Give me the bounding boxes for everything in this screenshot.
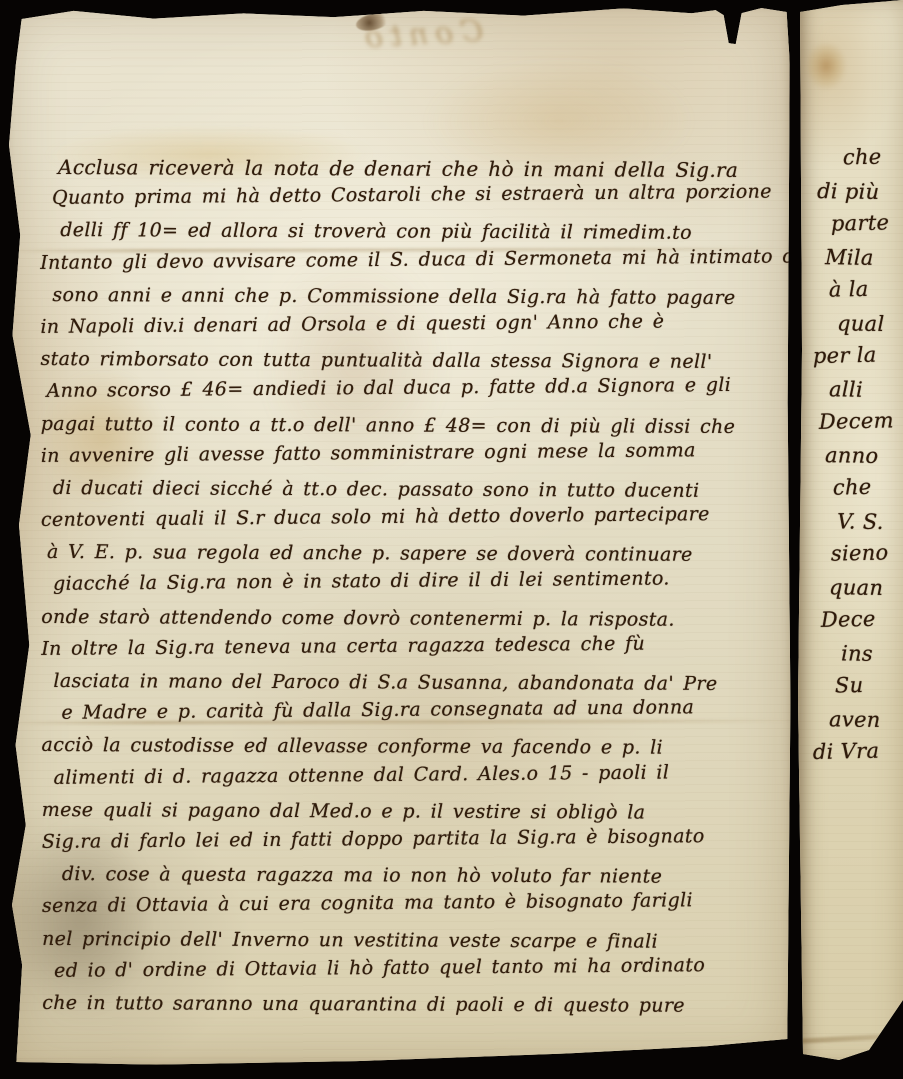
manuscript-line: di Vra	[813, 737, 903, 773]
manuscript-line: aven	[813, 707, 903, 742]
manuscript-line: giacché la Sig.ra non è in stato di dire…	[41, 567, 785, 606]
manuscript-line: Decem	[813, 407, 903, 443]
manuscript-line: Su	[813, 671, 903, 707]
manuscript-line: sieno	[813, 539, 903, 575]
manuscript-scan: Conto Acclusa riceverà la nota de denari…	[0, 0, 903, 1079]
letter-body-text-fragment: che di più parte Mila à la qual per la a…	[813, 146, 903, 773]
manuscript-page-right: che di più parte Mila à la qual per la a…	[797, 0, 903, 1066]
paper-fold	[797, 1033, 903, 1044]
manuscript-line: quan	[813, 575, 903, 610]
manuscript-line: In oltre la Sig.ra teneva una certa raga…	[41, 631, 785, 670]
letter-body-text: Acclusa riceverà la nota de denari che h…	[40, 153, 786, 1024]
manuscript-line: senza di Ottavia à cui era cognita ma ta…	[42, 889, 786, 928]
manuscript-line: alli	[813, 377, 903, 412]
manuscript-line: alimenti di d. ragazza ottenne dal Card.…	[42, 760, 786, 799]
manuscript-line: in Napoli div.i denari ad Orsola e di qu…	[40, 309, 784, 348]
manuscript-line: Quanto prima mi hà detto Costaroli che s…	[40, 181, 784, 220]
paper-stain	[805, 42, 847, 90]
manuscript-line: Sig.ra di farlo lei ed in fatti doppo pa…	[42, 824, 786, 863]
manuscript-line: Intanto gli devo avvisare come il S. duc…	[40, 245, 784, 284]
manuscript-line: che	[813, 143, 903, 179]
manuscript-page-left: Conto Acclusa riceverà la nota de denari…	[4, 3, 793, 1067]
bleedthrough-writing: Conto	[252, 14, 485, 79]
manuscript-line: di più	[813, 179, 903, 214]
manuscript-line: parte	[813, 209, 903, 245]
manuscript-line: Anno scorso £ 46= andiedi io dal duca p.…	[40, 374, 784, 413]
manuscript-line: qual	[813, 311, 903, 346]
manuscript-line: Dece	[813, 605, 903, 641]
manuscript-line: in avvenire gli avesse fatto somministra…	[41, 438, 785, 477]
manuscript-line: che in tutto saranno una quarantina di p…	[42, 992, 786, 1027]
manuscript-line: ins	[813, 641, 903, 676]
manuscript-line: centoventi quali il S.r duca solo mi hà …	[41, 503, 785, 542]
manuscript-line: V. S.	[813, 509, 903, 544]
manuscript-line: per la	[813, 341, 903, 377]
manuscript-line: che	[813, 473, 903, 509]
manuscript-line: anno	[813, 443, 903, 478]
manuscript-line: ed io d' ordine di Ottavia li hò fatto q…	[42, 953, 786, 992]
manuscript-line: Mila	[813, 245, 903, 280]
manuscript-line: e Madre e p. carità fù dalla Sig.ra cons…	[41, 696, 785, 735]
manuscript-line: à la	[813, 275, 903, 311]
